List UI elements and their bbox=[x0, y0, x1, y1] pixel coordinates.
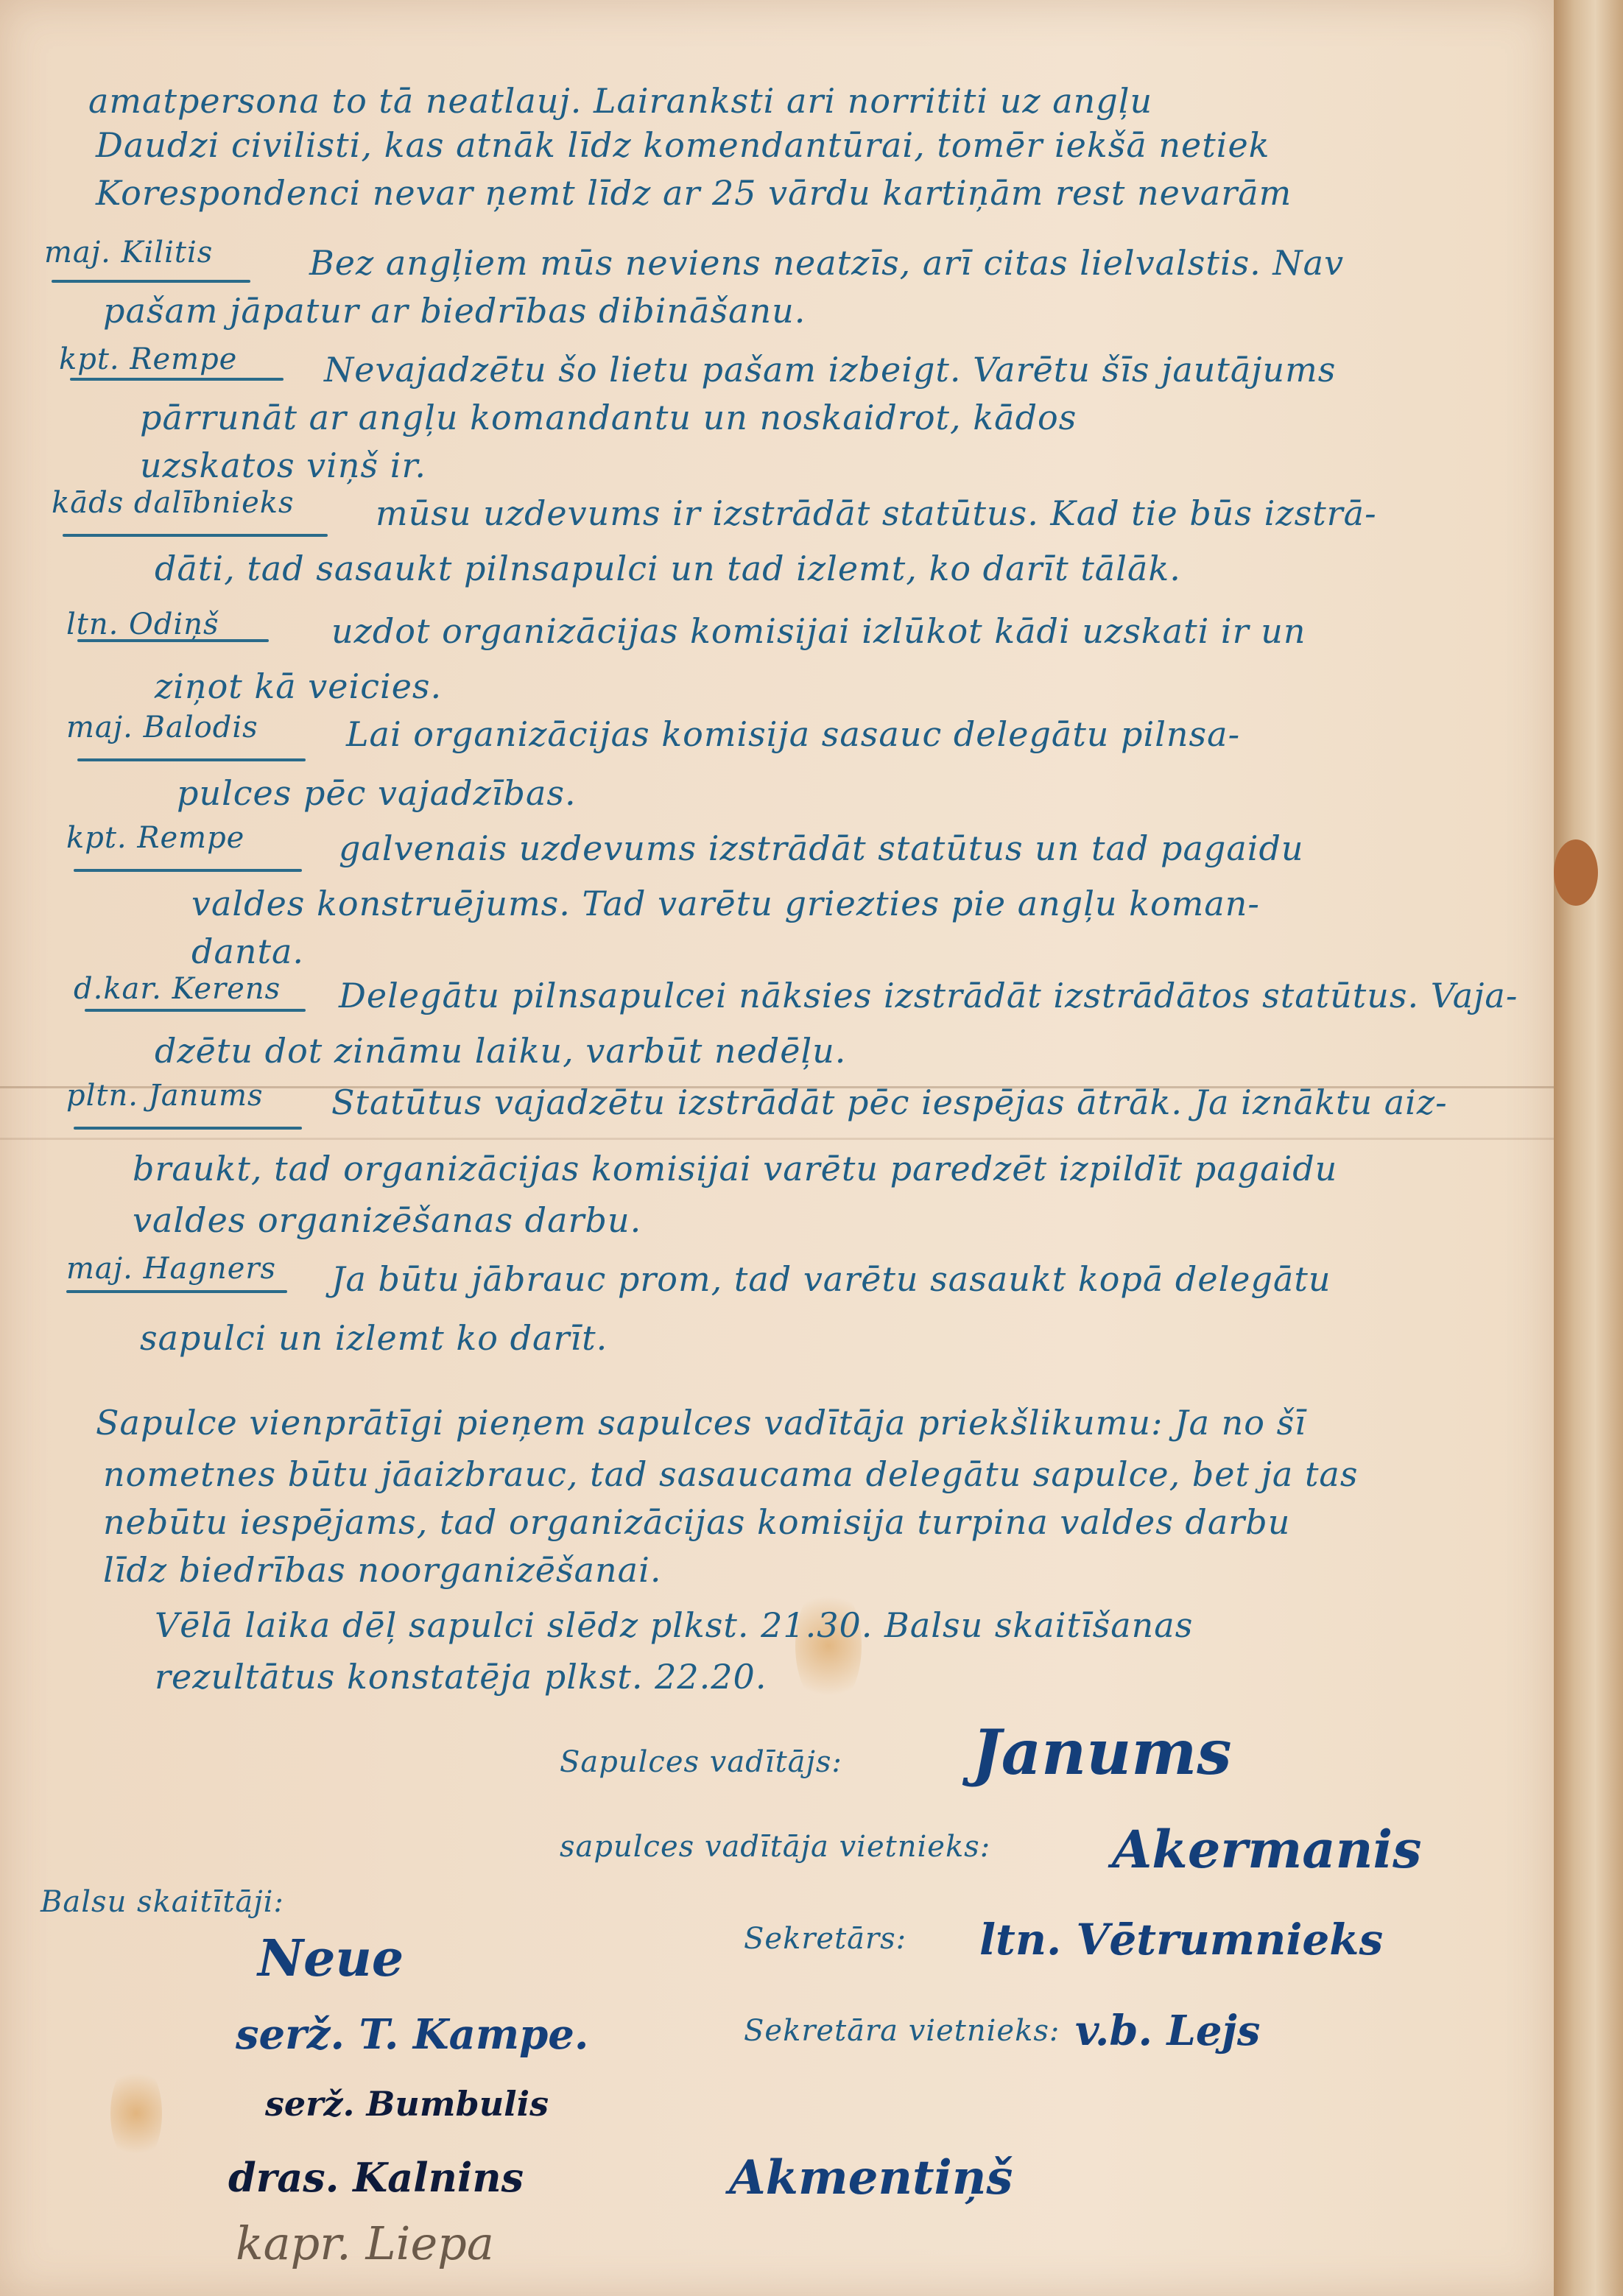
paper-stain bbox=[795, 1583, 862, 1708]
vice-secretary-signature: v.b. Lejs bbox=[1075, 2007, 1260, 2055]
speaker-name: pltn. Janums bbox=[66, 1079, 264, 1113]
text-line: braukt, tad organizācijas komisijai varē… bbox=[133, 1149, 1337, 1189]
text-line: Lai organizācijas komisija sasauc delegā… bbox=[346, 714, 1240, 754]
counter-signature: dras. Kalnins bbox=[228, 2154, 524, 2201]
resolution-line: nebūtu iespējams, tad organizācijas komi… bbox=[103, 1502, 1290, 1542]
text-line: danta. bbox=[191, 932, 304, 971]
text-line: galvenais uzdevums izstrādāt statūtus un… bbox=[339, 828, 1304, 868]
speaker-name: ltn. Odiņš bbox=[66, 608, 219, 641]
speaker-underline bbox=[77, 639, 269, 642]
punch-hole bbox=[1554, 839, 1598, 906]
resolution-line: nometnes būtu jāaizbrauc, tad sasaucama … bbox=[103, 1454, 1358, 1494]
chair-label: Sapulces vadītājs: bbox=[560, 1745, 842, 1779]
speaker-name: maj. Hagners bbox=[66, 1252, 276, 1286]
text-line: Daudzi civilisti, kas atnāk līdz komenda… bbox=[96, 125, 1270, 165]
speaker-name: kpt. Rempe bbox=[59, 342, 237, 376]
text-line: ziņot kā veicies. bbox=[155, 666, 442, 706]
text-line: Bez angļiem mūs neviens neatzīs, arī cit… bbox=[309, 243, 1344, 283]
counter-signature: serž. T. Kampe. bbox=[236, 2010, 588, 2059]
speaker-underline bbox=[70, 378, 284, 381]
vice-chair-label: sapulces vadītāja vietnieks: bbox=[560, 1830, 990, 1864]
text-line: amatpersona to tā neatlauj. Lairanksti a… bbox=[88, 81, 1152, 121]
text-line: pārrunāt ar angļu komandantu un noskaidr… bbox=[140, 398, 1077, 437]
text-line: Delegātu pilnsapulcei nāksies izstrādāt … bbox=[339, 976, 1518, 1015]
secretary-label: Sekretārs: bbox=[744, 1922, 906, 1956]
speaker-name: d.kar. Kerens bbox=[74, 972, 281, 1006]
resolution-line: līdz biedrības noorganizēšanai. bbox=[103, 1550, 661, 1590]
counter-signature: Neue bbox=[258, 1929, 404, 1988]
speaker-underline bbox=[63, 534, 328, 537]
vice-chair-signature: Akermanis bbox=[1112, 1819, 1422, 1880]
text-line: pašam jāpatur ar biedrības dibināšanu. bbox=[103, 291, 806, 331]
paper-fold bbox=[0, 1138, 1554, 1140]
speaker-underline bbox=[74, 1127, 302, 1130]
speaker-name: kpt. Rempe bbox=[66, 821, 244, 855]
closing-line: rezultātus konstatēja plkst. 22.20. bbox=[155, 1657, 767, 1697]
text-line: Statūtus vajadzētu izstrādāt pēc iespēja… bbox=[331, 1082, 1448, 1122]
speaker-name: maj. Kilitis bbox=[44, 236, 213, 270]
counter-signature: serž. Bumbulis bbox=[265, 2084, 549, 2124]
speaker-name: maj. Balodis bbox=[66, 711, 258, 744]
speaker-underline bbox=[77, 758, 306, 761]
speaker-underline bbox=[74, 869, 302, 872]
vice-secretary-label: Sekretāra vietnieks: bbox=[744, 2014, 1060, 2048]
text-line: dzētu dot zināmu laiku, varbūt nedēļu. bbox=[155, 1031, 846, 1071]
text-line: sapulci un izlemt ko darīt. bbox=[140, 1318, 608, 1358]
text-line: mūsu uzdevums ir izstrādāt statūtus. Kad… bbox=[376, 493, 1377, 533]
text-line: Nevajadzētu šo lietu pašam izbeigt. Varē… bbox=[324, 350, 1336, 390]
text-line: pulces pēc vajadzības. bbox=[177, 773, 577, 813]
text-line: dāti, tad sasaukt pilnsapulci un tad izl… bbox=[155, 549, 1181, 588]
resolution-line: Sapulce vienprātīgi pieņem sapulces vadī… bbox=[96, 1403, 1306, 1443]
vote-counters-label: Balsu skaitītāji: bbox=[41, 1885, 284, 1919]
page-edge-shadow bbox=[1554, 0, 1623, 2296]
text-line: Ja būtu jābrauc prom, tad varētu sasaukt… bbox=[331, 1259, 1331, 1299]
text-line: uzskatos viņš ir. bbox=[140, 446, 426, 485]
closing-line: Vēlā laika dēļ sapulci slēdz plkst. 21.3… bbox=[155, 1605, 1193, 1645]
extra-signature: Akmentiņš bbox=[729, 2150, 1013, 2205]
speaker-underline bbox=[52, 280, 250, 283]
paper-stain bbox=[110, 2062, 162, 2165]
text-line: Korespondenci nevar ņemt līdz ar 25 vārd… bbox=[96, 173, 1292, 213]
secretary-signature: ltn. Vētrumnieks bbox=[979, 1915, 1383, 1965]
text-line: uzdot organizācijas komisijai izlūkot kā… bbox=[331, 611, 1306, 651]
speaker-underline bbox=[66, 1290, 287, 1293]
text-line: valdes organizēšanas darbu. bbox=[133, 1200, 641, 1240]
speaker-underline bbox=[85, 1009, 306, 1012]
speaker-name: kāds dalībnieks bbox=[52, 486, 295, 520]
chair-signature: Janums bbox=[972, 1716, 1232, 1789]
text-line: valdes konstruējums. Tad varētu grieztie… bbox=[191, 884, 1260, 923]
counter-signature: kapr. Liepa bbox=[236, 2216, 494, 2270]
